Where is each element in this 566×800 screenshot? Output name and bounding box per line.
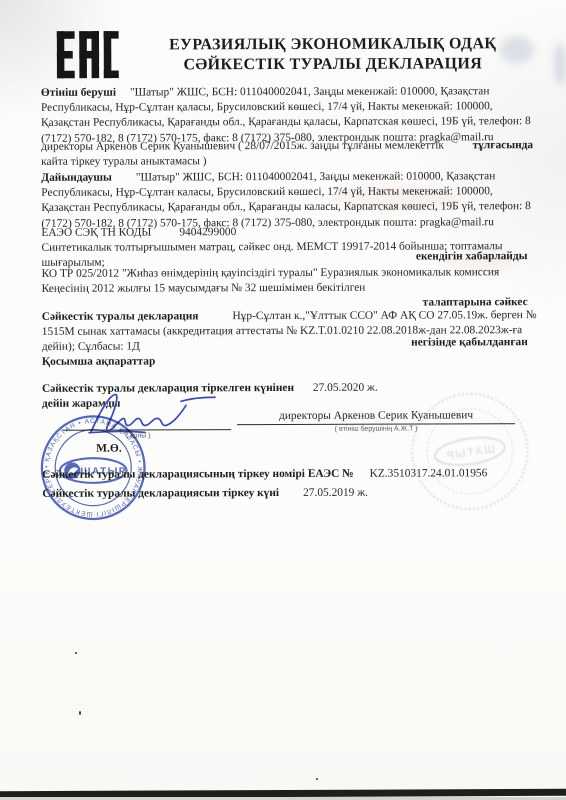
eac-logo-icon	[57, 30, 119, 80]
validity-date: 27.05.2020 ж.	[313, 382, 378, 394]
registration-date-label: Сәйкестік туралы декларациясын тіркеу кү…	[42, 487, 279, 500]
adopted-line: негізінде қабылданған	[411, 336, 528, 348]
registration-number-value: KZ.3510317.24.01.01956	[370, 467, 488, 479]
scanned-declaration-document: ЕУРАЗИЯЛЫҚ ЭКОНОМИКАЛЫҚ ОДАҚ СӘЙКЕСТІК Т…	[0, 0, 566, 800]
regulation-paragraph: КО ТР 025/2012 "Жиһаз өнімдерінің қауіпс…	[42, 265, 534, 297]
manufacturer-text: "Шатыр" ЖШС, БСН: 011040002041, Заңды ме…	[41, 170, 531, 229]
tn-code-label: ЕАЭО СЭҚ ТН КОДЫ	[41, 226, 151, 238]
manufacturer-paragraph: Дайындаушы"Шатыр" ЖШС, БСН: 011040002041…	[41, 169, 533, 232]
registration-date-line: Сәйкестік туралы декларациясын тіркеу кү…	[42, 485, 562, 502]
registration-date-value: 27.05.2019 ж.	[303, 487, 368, 499]
manufacturer-label: Дайындаушы	[41, 172, 112, 184]
additional-info-label: Қосымша ақпараттар	[42, 353, 534, 370]
director-bold-right: тұлғасында	[473, 138, 534, 153]
director-note-text: директоры Аркенов Серик Куанышевич ( 28/…	[41, 139, 444, 168]
scan-speck	[79, 711, 81, 715]
meets-line: талаптарына сәйкес	[423, 296, 528, 308]
registration-number-line: Сәйкестік туралы декларациясының тіркеу …	[42, 466, 562, 483]
applicant-label: Өтініш беруші	[41, 87, 116, 99]
bleedthrough-stamp-svg: ШАТЫР	[397, 379, 542, 524]
scan-speck	[316, 778, 318, 780]
director-note-paragraph: тұлғасындадиректоры Аркенов Серик Куаныш…	[41, 138, 533, 170]
document-title: ЕУРАЗИЯЛЫҚ ЭКОНОМИКАЛЫҚ ОДАҚ СӘЙКЕСТІК Т…	[127, 34, 539, 74]
registration-number-label: Сәйкестік туралы декларациясының тіркеу …	[42, 468, 353, 481]
title-line1: ЕУРАЗИЯЛЫҚ ЭКОНОМИКАЛЫҚ ОДАҚ	[127, 34, 539, 55]
title-line2: СӘЙКЕСТІК ТУРАЛЫ ДЕКЛАРАЦИЯ	[127, 54, 539, 75]
eac-logo-svg	[57, 30, 119, 80]
scan-speck	[75, 652, 77, 654]
declares-line: екендігін хабарлайды	[416, 250, 528, 262]
applicant-paragraph: Өтініш беруші"Шатыр" ЖШС, БСН: 011040002…	[41, 84, 533, 147]
tn-code-value: 9404299000	[179, 226, 236, 238]
bleedthrough-stamp: ШАТЫР	[397, 379, 543, 529]
basis-label: Сәйкестік туралы декларация	[42, 310, 199, 323]
